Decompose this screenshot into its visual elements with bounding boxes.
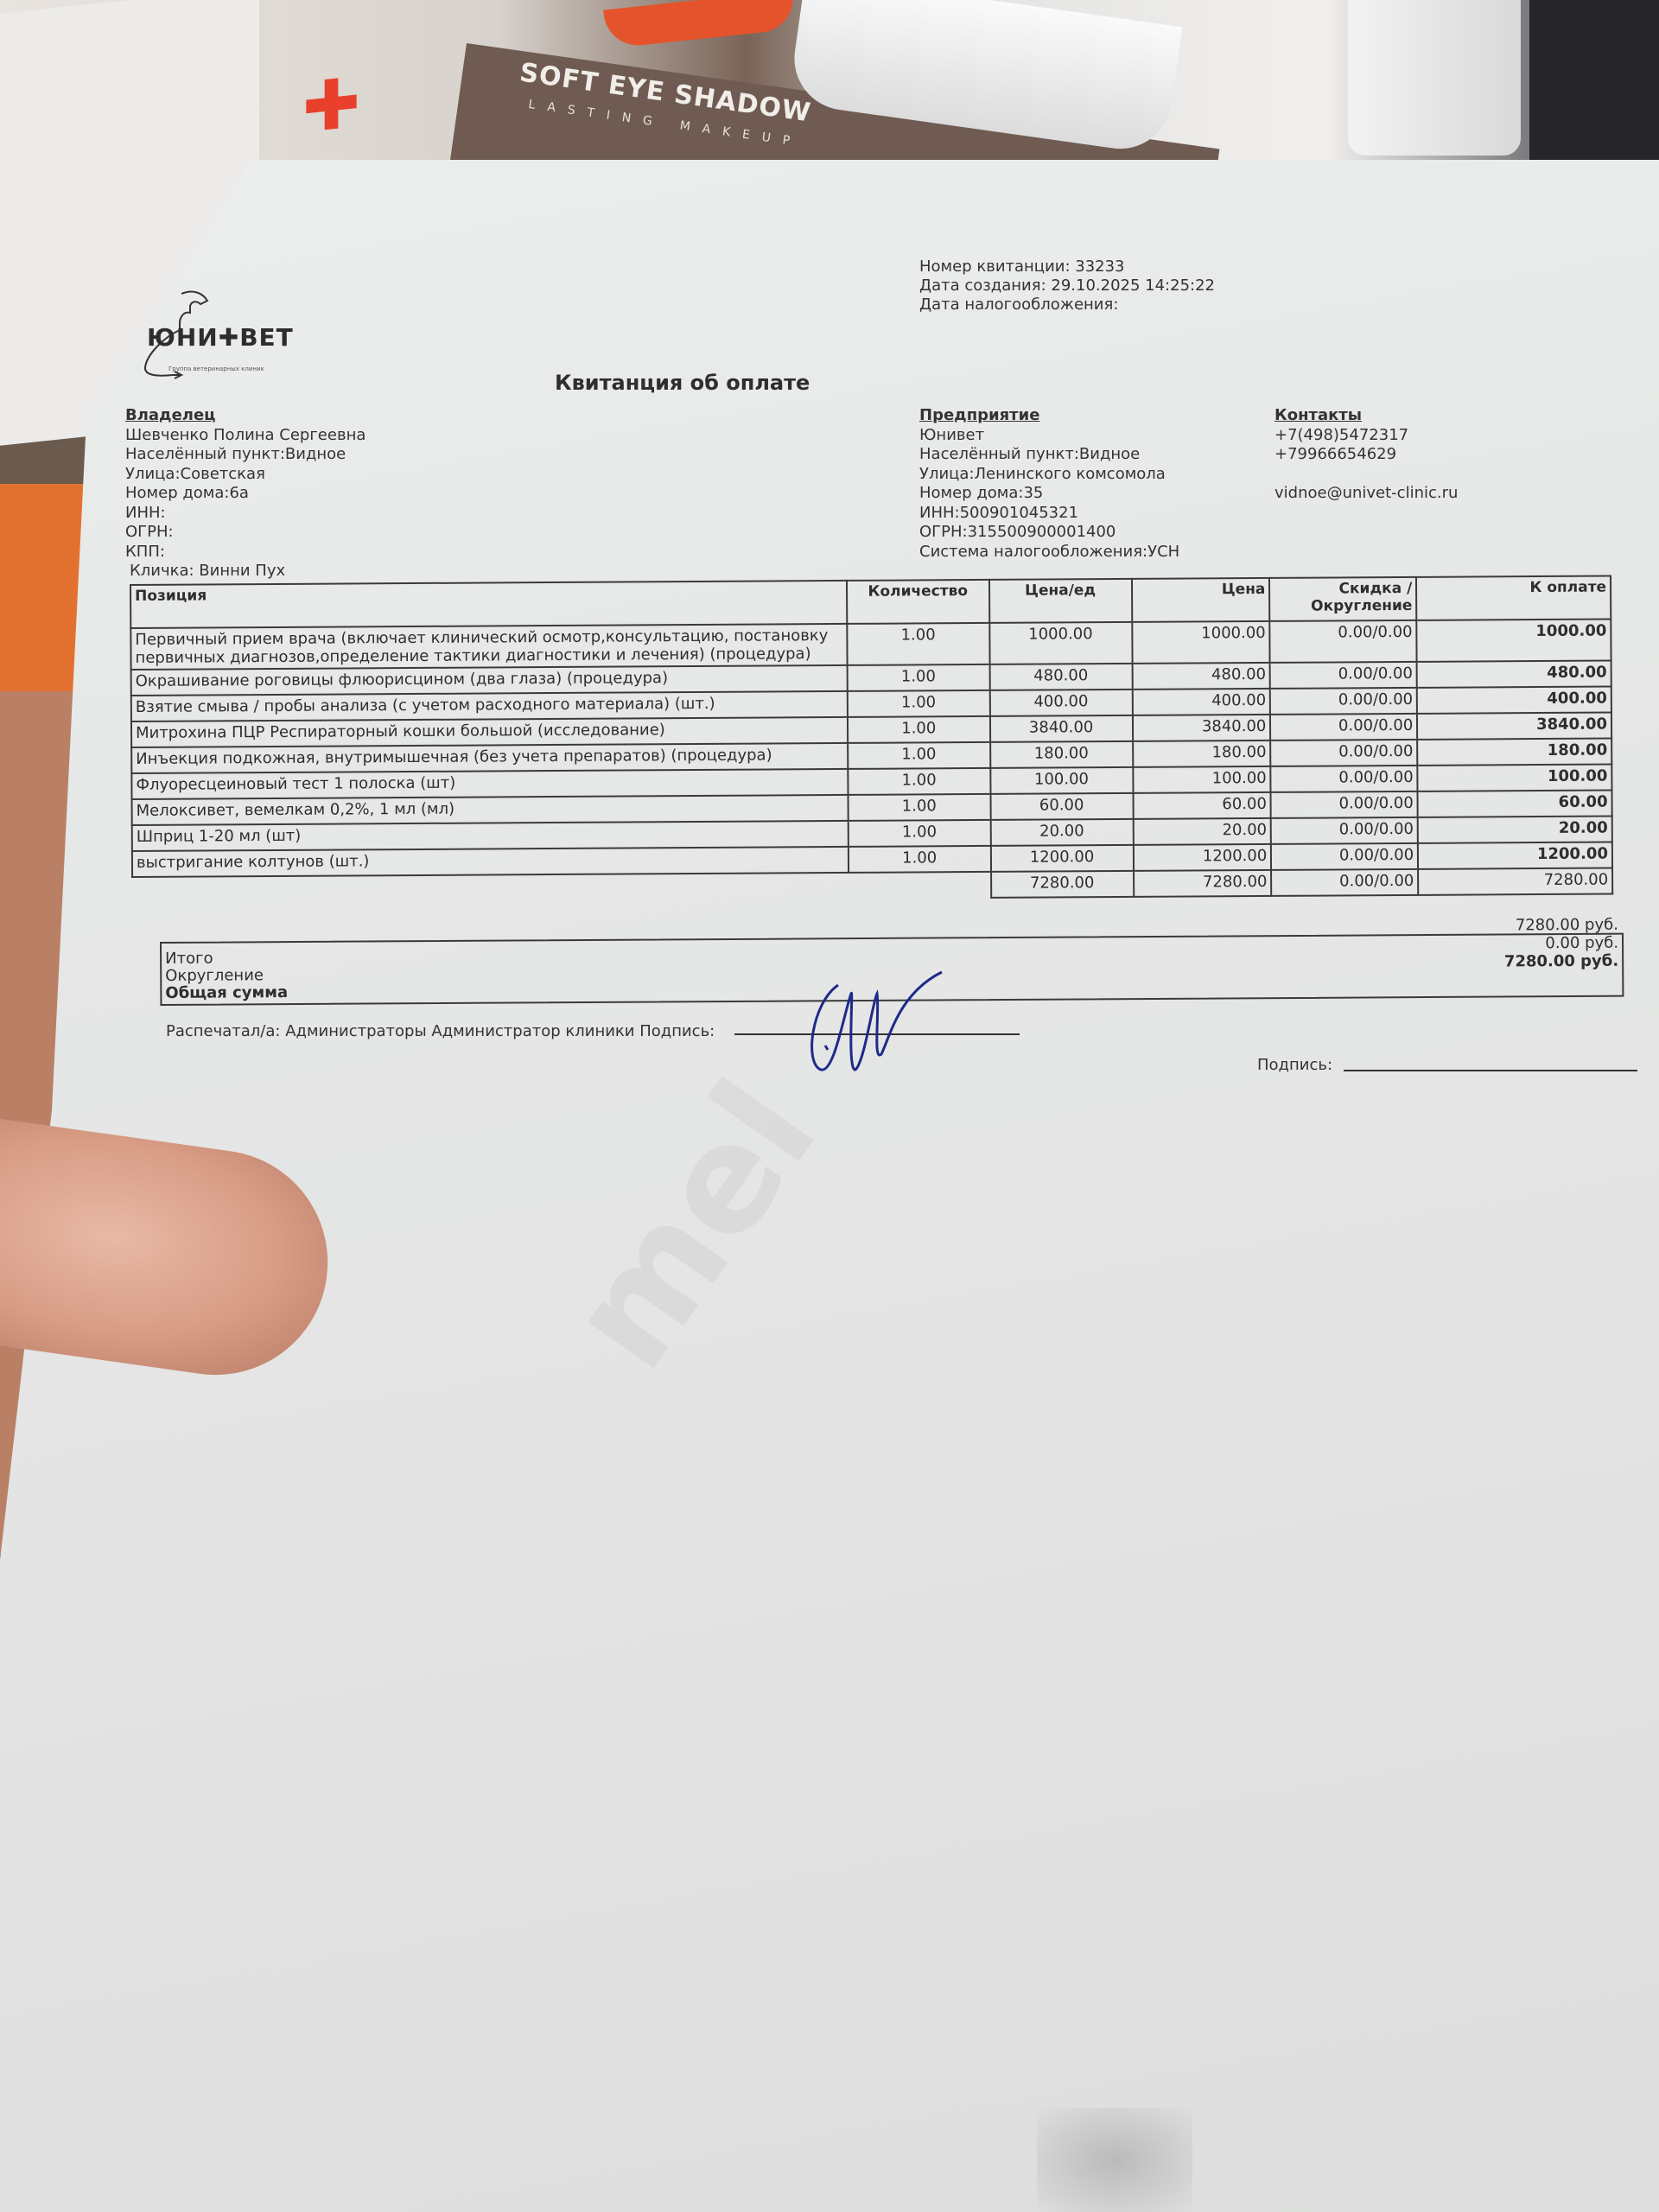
cell-discount: 0.00/0.00 bbox=[1270, 714, 1417, 741]
total-price: 7280.00 bbox=[1134, 870, 1272, 897]
contacts-block: Контакты +7(498)5472317 +79966654629 vid… bbox=[1274, 406, 1458, 504]
company-heading: Предприятие bbox=[919, 406, 1179, 426]
company-line: Населённый пункт:Видное bbox=[919, 445, 1179, 465]
cell-discount: 0.00/0.00 bbox=[1270, 620, 1417, 663]
company-line: ОГРН:315500900001400 bbox=[919, 523, 1179, 543]
company-line: ИНН:500901045321 bbox=[919, 504, 1179, 524]
company-line: Юнивет bbox=[919, 426, 1179, 446]
grand-total-label: Общая сумма bbox=[165, 984, 288, 1002]
phone-1: +7(498)5472317 bbox=[1274, 426, 1458, 446]
col-position: Позиция bbox=[130, 581, 847, 628]
rounding-label: Округление bbox=[165, 967, 288, 985]
owner-line: ОГРН: bbox=[125, 523, 365, 543]
cell-unit-price: 20.00 bbox=[990, 819, 1133, 846]
cell-to-pay: 1200.00 bbox=[1418, 842, 1612, 869]
client-signature-label: Подпись: bbox=[1257, 1056, 1332, 1075]
total-pay: 7280.00 bbox=[1418, 868, 1612, 895]
cell-unit-price: 1200.00 bbox=[991, 845, 1134, 872]
owner-line: Населённый пункт:Видное bbox=[125, 445, 365, 465]
background-cap bbox=[1348, 0, 1521, 156]
cell-to-pay: 400.00 bbox=[1417, 687, 1611, 714]
subtotal-value: 7280.00 руб. bbox=[1504, 916, 1618, 935]
cell-unit-price: 1000.00 bbox=[989, 622, 1132, 664]
cell-to-pay: 3840.00 bbox=[1417, 713, 1611, 740]
handwritten-signature-icon bbox=[804, 968, 959, 1076]
cell-discount: 0.00/0.00 bbox=[1270, 662, 1417, 689]
cell-quantity: 1.00 bbox=[848, 820, 990, 847]
col-quantity: Количество bbox=[847, 580, 989, 624]
cell-quantity: 1.00 bbox=[848, 690, 990, 717]
col-to-pay: К оплате bbox=[1416, 576, 1611, 620]
watermark: mel bbox=[536, 1052, 849, 1399]
cell-position: Первичный прием врача (включает клиничес… bbox=[130, 624, 847, 670]
rounding-value: 0.00 руб. bbox=[1504, 934, 1618, 953]
cell-unit-price: 3840.00 bbox=[990, 715, 1133, 742]
red-cross-icon: ✚ bbox=[302, 62, 360, 149]
cell-to-pay: 100.00 bbox=[1418, 765, 1612, 791]
cell-quantity: 1.00 bbox=[848, 768, 990, 795]
owner-line: Шевченко Полина Сергеевна bbox=[125, 426, 365, 446]
company-line: Улица:Ленинского комсомола bbox=[919, 465, 1179, 485]
owner-line: ИНН: bbox=[125, 504, 365, 524]
contact-spacer bbox=[1274, 465, 1458, 485]
cell-quantity: 1.00 bbox=[848, 742, 990, 769]
tax-date: Дата налогообложения: bbox=[919, 296, 1215, 315]
cell-quantity: 1.00 bbox=[848, 794, 990, 821]
col-unit-price: Цена/ед bbox=[989, 579, 1132, 623]
cell-discount: 0.00/0.00 bbox=[1270, 740, 1417, 766]
cell-price: 180.00 bbox=[1133, 741, 1271, 767]
cell-discount: 0.00/0.00 bbox=[1271, 817, 1418, 844]
cell-price: 3840.00 bbox=[1132, 715, 1270, 741]
clinic-logo: ЮНИ✚ВЕТ Группа ветеринарных клиник bbox=[130, 285, 302, 380]
printed-by: Распечатал/а: Администраторы Администрат… bbox=[166, 1022, 715, 1041]
total-discount: 0.00/0.00 bbox=[1271, 869, 1418, 896]
document-title: Квитанция об оплате bbox=[555, 373, 810, 392]
company-block: Предприятие Юнивет Населённый пункт:Видн… bbox=[919, 406, 1179, 562]
items-table: Позиция Количество Цена/ед Цена Скидка /… bbox=[130, 575, 1613, 904]
cell-to-pay: 20.00 bbox=[1418, 817, 1612, 843]
contacts-heading: Контакты bbox=[1274, 406, 1458, 426]
cell-to-pay: 1000.00 bbox=[1417, 620, 1611, 662]
pet-name: Кличка: Винни Пух bbox=[130, 562, 365, 582]
cell-discount: 0.00/0.00 bbox=[1271, 843, 1418, 870]
subtotal-label: Итого bbox=[165, 950, 288, 968]
grand-total-value: 7280.00 руб. bbox=[1504, 952, 1618, 971]
cell-unit-price: 100.00 bbox=[990, 767, 1133, 794]
client-signature-line bbox=[1344, 1070, 1637, 1071]
shadow bbox=[1037, 2108, 1192, 2212]
creation-date: Дата создания: 29.10.2025 14:25:22 bbox=[919, 276, 1215, 296]
cell-unit-price: 180.00 bbox=[990, 741, 1133, 768]
owner-heading: Владелец bbox=[125, 406, 365, 426]
cell-to-pay: 60.00 bbox=[1418, 791, 1612, 817]
logo-wordmark: ЮНИ✚ВЕТ bbox=[147, 328, 294, 347]
col-price: Цена bbox=[1131, 578, 1269, 622]
owner-line: КПП: bbox=[125, 543, 365, 563]
total-unit: 7280.00 bbox=[991, 871, 1134, 898]
cell-discount: 0.00/0.00 bbox=[1271, 791, 1418, 818]
company-line: Система налогообложения:УСН bbox=[919, 543, 1179, 563]
cell-price: 60.00 bbox=[1133, 792, 1271, 819]
cell-discount: 0.00/0.00 bbox=[1271, 766, 1418, 792]
cell-price: 1000.00 bbox=[1132, 621, 1270, 664]
owner-line: Улица:Советская bbox=[125, 465, 365, 485]
cell-quantity: 1.00 bbox=[847, 623, 989, 665]
logo-tagline: Группа ветеринарных клиник bbox=[168, 359, 264, 378]
cell-unit-price: 400.00 bbox=[989, 690, 1132, 716]
cell-quantity: 1.00 bbox=[849, 846, 991, 873]
cell-price: 1200.00 bbox=[1133, 844, 1271, 871]
owner-block: Владелец Шевченко Полина Сергеевна Насел… bbox=[125, 406, 365, 582]
email: vidnoe@univet-clinic.ru bbox=[1274, 484, 1458, 504]
company-line: Номер дома:35 bbox=[919, 484, 1179, 504]
cell-to-pay: 180.00 bbox=[1417, 739, 1611, 766]
cell-price: 20.00 bbox=[1133, 818, 1271, 845]
cell-unit-price: 480.00 bbox=[989, 664, 1132, 690]
cell-discount: 0.00/0.00 bbox=[1270, 688, 1417, 715]
cell-price: 400.00 bbox=[1132, 689, 1270, 715]
cell-quantity: 1.00 bbox=[848, 716, 990, 743]
background-dark-object bbox=[1529, 0, 1659, 164]
owner-line: Номер дома:6а bbox=[125, 484, 365, 504]
col-discount: Скидка / Округление bbox=[1269, 577, 1416, 621]
cell-quantity: 1.00 bbox=[847, 664, 989, 691]
cell-price: 480.00 bbox=[1132, 663, 1270, 690]
receipt-number: Номер квитанции: 33233 bbox=[919, 257, 1215, 276]
cell-unit-price: 60.00 bbox=[990, 793, 1133, 820]
receipt-meta: Номер квитанции: 33233 Дата создания: 29… bbox=[919, 257, 1215, 315]
phone-2: +79966654629 bbox=[1274, 445, 1458, 465]
cell-price: 100.00 bbox=[1133, 766, 1271, 793]
cell-to-pay: 480.00 bbox=[1417, 661, 1611, 688]
